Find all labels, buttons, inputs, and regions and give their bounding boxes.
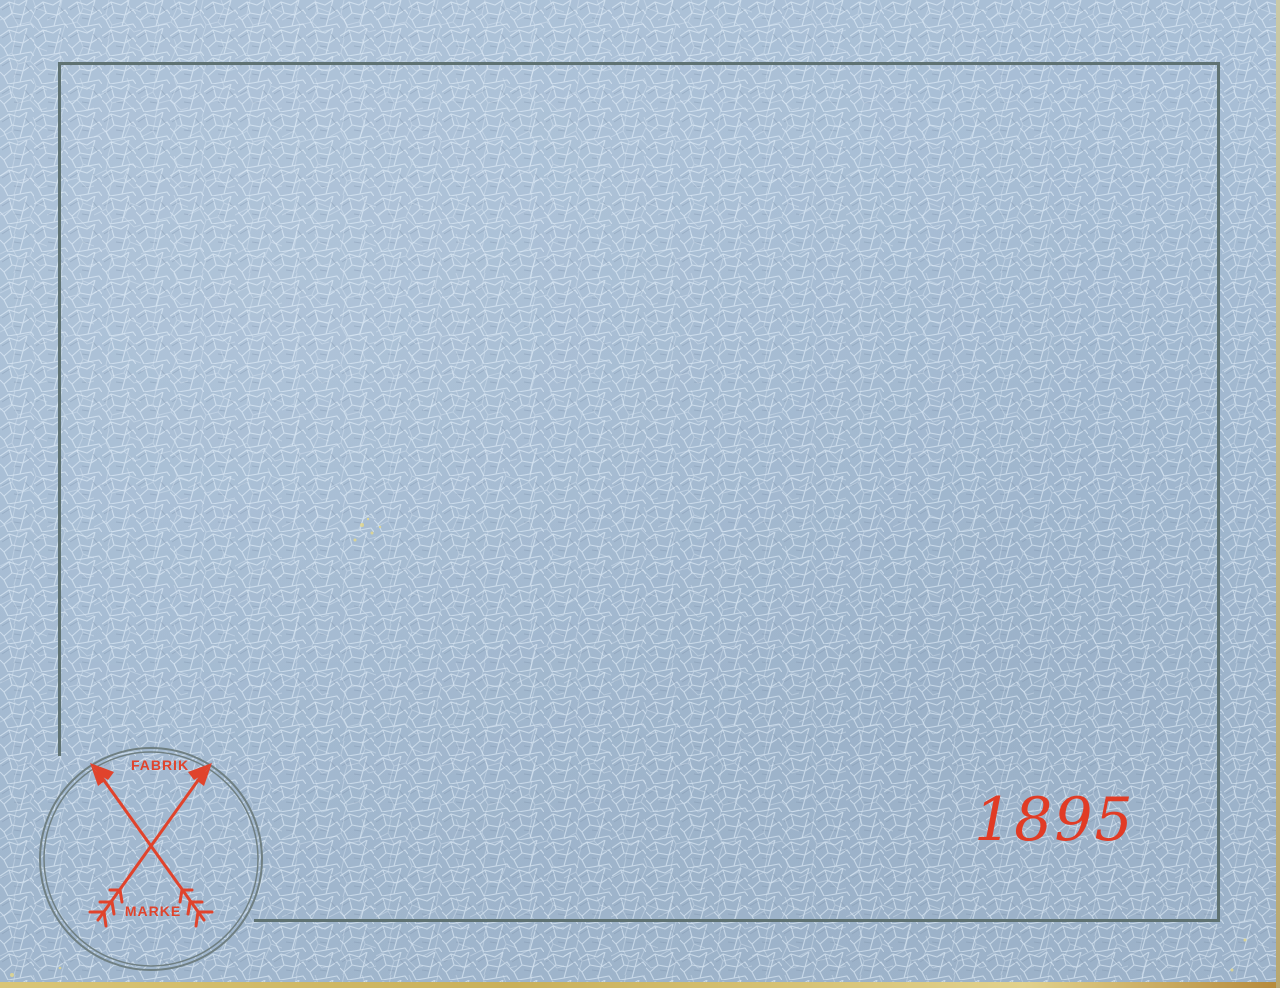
emblem-label-bottom: MARKE <box>40 903 266 919</box>
cover-edge-bottom <box>0 982 1280 988</box>
year-label: 1895 <box>974 790 1135 850</box>
crossed-arrows-icon <box>38 746 264 972</box>
book-cover: FABRIK MARKE 1895 <box>0 0 1280 988</box>
trademark-emblem: FABRIK MARKE <box>38 746 264 972</box>
cover-edge-right <box>1276 0 1280 988</box>
emblem-label-top: FABRIK <box>47 757 273 773</box>
